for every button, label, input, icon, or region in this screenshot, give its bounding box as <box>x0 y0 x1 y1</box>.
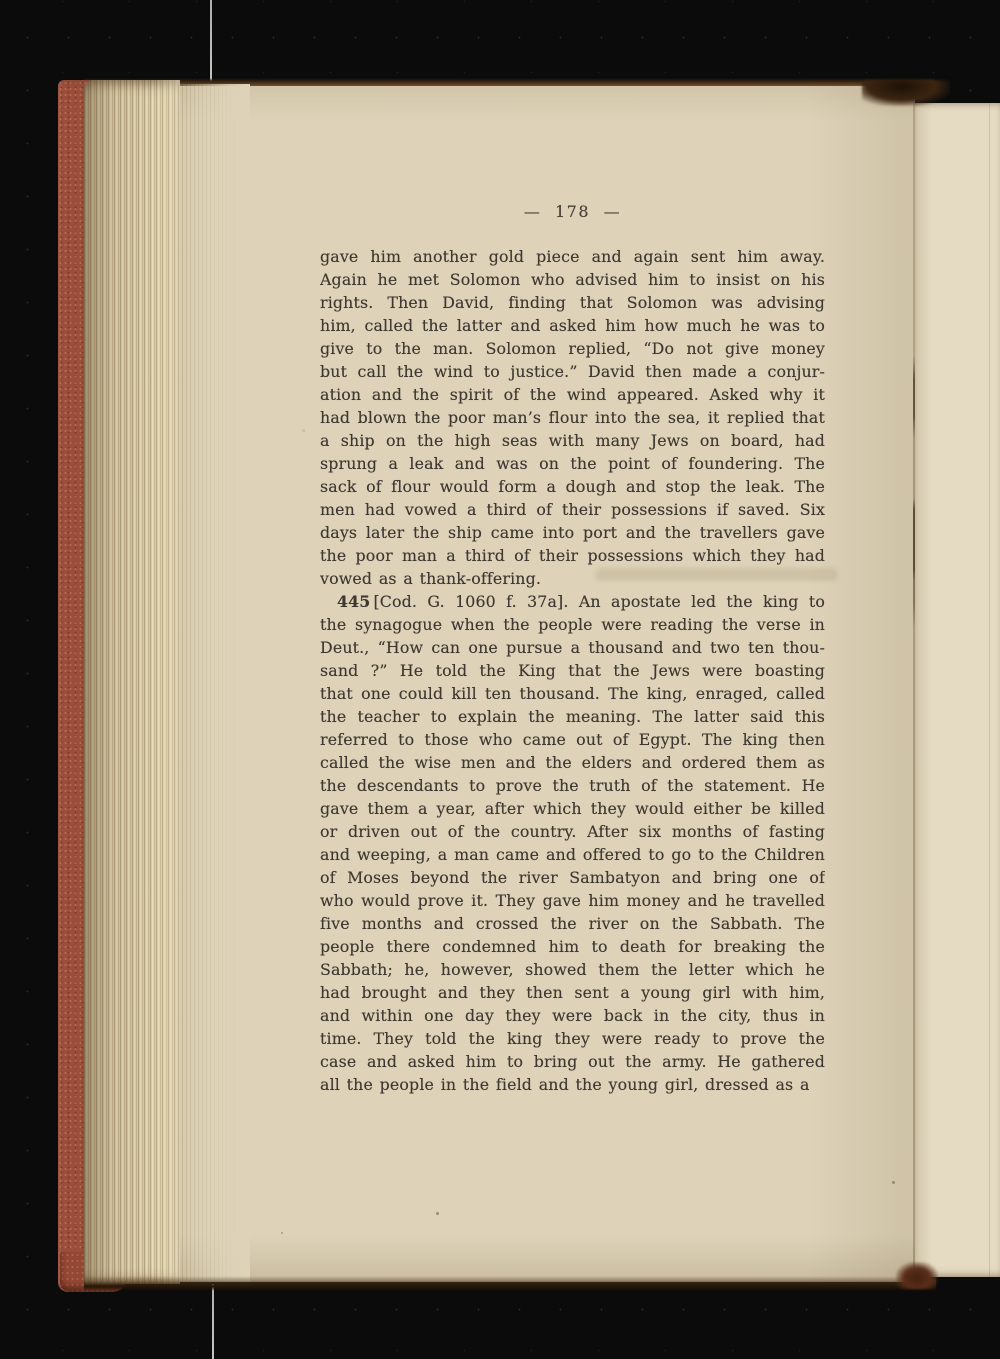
paragraph-number: 445 <box>337 592 373 611</box>
text-line: a ship on the high seas with many Jews o… <box>320 429 825 452</box>
text-line: gave them a year, after which they would… <box>320 797 825 820</box>
text-line: who would prove it. They gave him money … <box>320 889 825 912</box>
page-bottom-edge <box>84 1276 936 1291</box>
text-line: the teacher to explain the meaning. The … <box>320 705 825 728</box>
text-line: Again he met Solomon who advised him to … <box>320 268 825 291</box>
gutter-bottom-shadow <box>896 1262 938 1289</box>
text-line: that one could kill ten thousand. The ki… <box>320 682 825 705</box>
dust-speck <box>302 429 305 432</box>
photo-background: — 178 — gave him another gold piece and … <box>0 0 1000 1359</box>
text-line: ation and the spirit of the wind appeare… <box>320 383 825 406</box>
dust-speck <box>892 1181 895 1184</box>
text-line: the synagogue when the people were readi… <box>320 613 825 636</box>
text-line: had blown the poor man’s flour into the … <box>320 406 825 429</box>
gutter-fold <box>913 95 915 1280</box>
text-line: sprung a leak and was on the point of fo… <box>320 452 825 475</box>
text-line: 445[Cod. G. 1060 f. 37a]. An apostate le… <box>320 590 825 613</box>
page-curve-shading <box>178 84 250 1282</box>
text-line: and weeping, a man came and offered to g… <box>320 843 825 866</box>
text-line: the poor man a third of their possession… <box>320 544 825 567</box>
text-line: days later the ship came into port and t… <box>320 521 825 544</box>
text-line: of Moses beyond the river Sambatyon and … <box>320 866 825 889</box>
text-line: but call the wind to justice.” David the… <box>320 360 825 383</box>
text-line: had brought and they then sent a young g… <box>320 981 825 1004</box>
text-line: give to the man. Solomon replied, “Do no… <box>320 337 825 360</box>
facing-page <box>915 103 1000 1277</box>
text-line: men had vowed a third of their possessio… <box>320 498 825 521</box>
text-line: or driven out of the country. After six … <box>320 820 825 843</box>
text-line: sand ?” He told the King that the Jews w… <box>320 659 825 682</box>
text-line: people there condemned him to death for … <box>320 935 825 958</box>
dust-speck <box>436 1212 439 1215</box>
cradle-thread-bottom <box>212 1284 214 1359</box>
page-number: — 178 — <box>320 202 825 222</box>
text-line: the descendants to prove the truth of th… <box>320 774 825 797</box>
text-line: referred to those who came out of Egypt.… <box>320 728 825 751</box>
text-line: sack of flour would form a dough and sto… <box>320 475 825 498</box>
text-line: and within one day they were back in the… <box>320 1004 825 1027</box>
text-line: case and asked him to bring out the army… <box>320 1050 825 1073</box>
body-text: gave him another gold piece and again se… <box>320 245 825 1096</box>
text-line: time. They told the king they were ready… <box>320 1027 825 1050</box>
gutter-top-shadow <box>862 80 950 106</box>
text-line: rights. Then David, finding that Solomon… <box>320 291 825 314</box>
text-line: Deut., “How can one pursue a thousand an… <box>320 636 825 659</box>
text-line: all the people in the field and the youn… <box>320 1073 825 1096</box>
fore-edge-page-stack <box>84 80 180 1284</box>
text-line: Sabbath; he, however, showed them the le… <box>320 958 825 981</box>
dust-speck <box>281 1232 283 1234</box>
cradle-thread-top <box>210 0 212 88</box>
printed-text-block: — 178 — gave him another gold piece and … <box>320 202 825 1096</box>
text-line: called the wise men and the elders and o… <box>320 751 825 774</box>
text-line: vowed as a thank-offering. <box>320 567 825 590</box>
text-line: gave him another gold piece and again se… <box>320 245 825 268</box>
text-line: five months and crossed the river on the… <box>320 912 825 935</box>
text-line: him, called the latter and asked him how… <box>320 314 825 337</box>
